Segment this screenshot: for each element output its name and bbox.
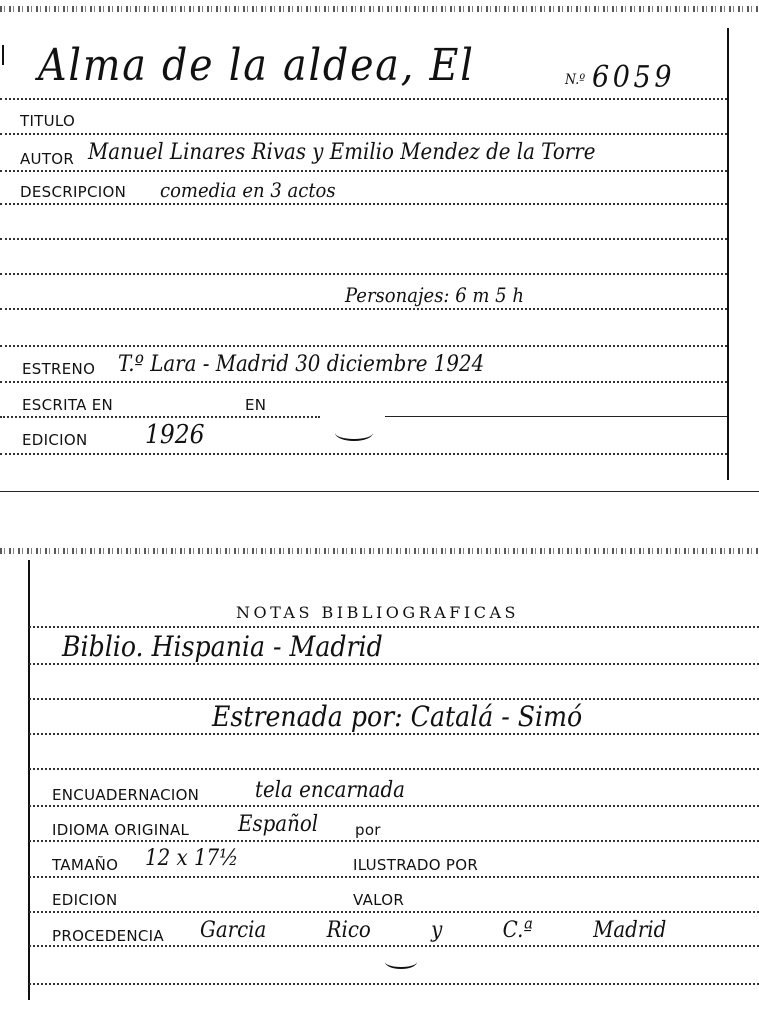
- ilustrado-por-label: ILUSTRADO POR: [353, 856, 478, 874]
- rule: [0, 238, 727, 240]
- rule: [29, 840, 759, 842]
- idioma-original-value: Español: [238, 812, 318, 837]
- edicion-2-label: EDICION: [52, 891, 117, 909]
- rule: [0, 273, 727, 275]
- rule: [0, 308, 727, 310]
- rule: [29, 626, 759, 628]
- estreno-value: T.º Lara - Madrid 30 diciembre 1924: [118, 352, 484, 377]
- rule: [29, 805, 759, 807]
- por-label: por: [355, 821, 381, 839]
- rule: [29, 945, 759, 947]
- encuadernacion-value: tela encarnada: [255, 778, 405, 803]
- valor-label: VALOR: [353, 891, 404, 909]
- rule: [0, 203, 727, 205]
- pencil-mark: [335, 425, 373, 441]
- scan-edge-noise: [0, 548, 759, 554]
- descripcion-value: comedia en 3 actos: [160, 178, 336, 202]
- rule: [0, 98, 727, 100]
- rule: [0, 170, 727, 172]
- descripcion-label: DESCRIPCION: [20, 183, 126, 201]
- en-label: EN: [245, 396, 266, 414]
- edicion-label: EDICION: [22, 431, 87, 449]
- rule: [0, 416, 320, 418]
- notas-heading: NOTAS BIBLIOGRAFICAS: [236, 603, 519, 622]
- rule: [0, 381, 727, 383]
- rule: [0, 345, 727, 347]
- rule: [0, 453, 727, 455]
- escrita-en-label: ESCRITA EN: [22, 396, 113, 414]
- autor-label: AUTOR: [20, 150, 74, 168]
- card-bottom-edge: [0, 491, 759, 492]
- edicion-value: 1926: [145, 420, 205, 450]
- card-right-border: [727, 28, 729, 480]
- titulo-label: TITULO: [20, 112, 75, 130]
- rule: [29, 983, 759, 985]
- note-line-2: Estrenada por: Catalá - Simó: [212, 700, 582, 733]
- rule: [29, 663, 759, 665]
- encuadernacion-label: ENCUADERNACION: [52, 786, 199, 804]
- tamano-label: TAMAÑO: [52, 856, 118, 874]
- handwritten-title: Alma de la aldea, El: [38, 40, 475, 91]
- note-line-1: Biblio. Hispania - Madrid: [62, 630, 383, 663]
- procedencia-value: Garcia Rico y C.ª Madrid: [200, 918, 666, 943]
- rule: [29, 733, 759, 735]
- idioma-original-label: IDIOMA ORIGINAL: [52, 821, 189, 839]
- rule: [385, 416, 727, 417]
- rule: [29, 876, 759, 878]
- card-left-mark: [2, 45, 4, 65]
- pencil-mark: [385, 955, 417, 969]
- card-number: 6059: [592, 60, 675, 95]
- rule: [0, 133, 727, 135]
- rule: [29, 911, 759, 913]
- scan-edge-noise: [0, 6, 759, 12]
- number-label: N.º: [565, 72, 585, 88]
- rule: [29, 768, 759, 770]
- autor-value: Manuel Linares Rivas y Emilio Mendez de …: [88, 140, 595, 165]
- tamano-value: 12 x 17½: [145, 846, 238, 871]
- procedencia-label: PROCEDENCIA: [52, 927, 164, 945]
- estreno-label: ESTRENO: [22, 360, 95, 378]
- personajes-value: Personajes: 6 m 5 h: [345, 283, 524, 307]
